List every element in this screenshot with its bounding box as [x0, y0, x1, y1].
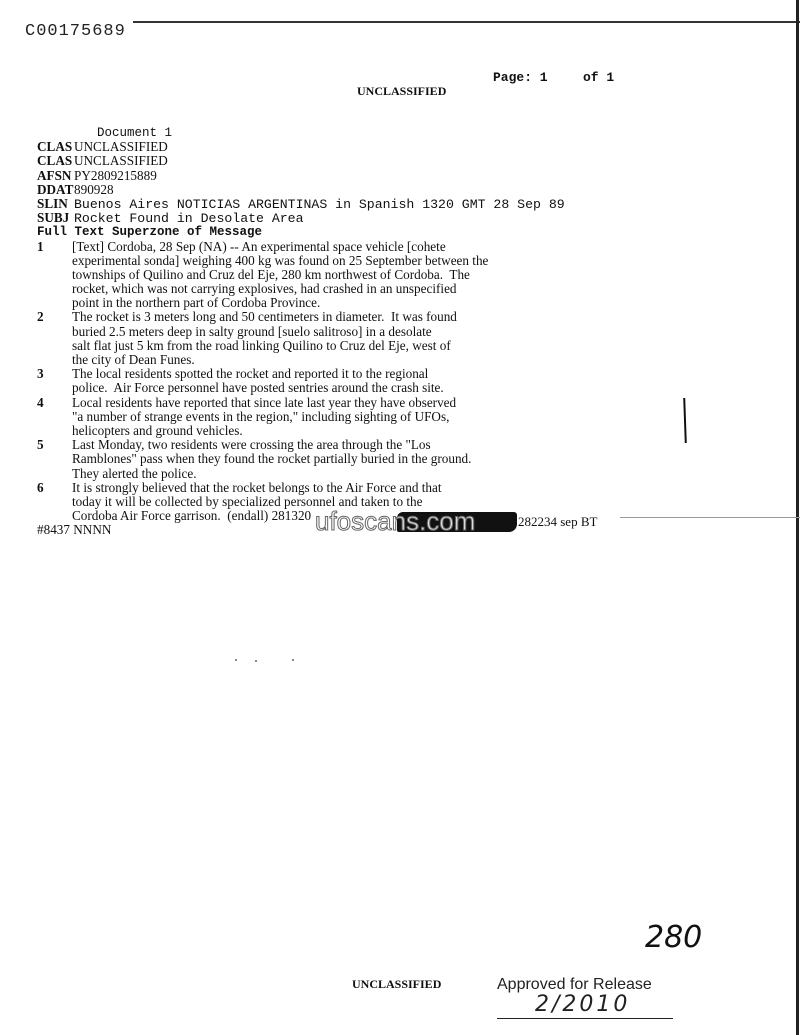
- field-row: DDAT890928: [37, 183, 565, 197]
- paragraph-line: It is strongly believed that the rocket …: [72, 481, 442, 495]
- paragraph-line: Last Monday, two residents were crossing…: [72, 438, 471, 452]
- paragraph-line: Ramblones" pass when they found the rock…: [72, 452, 471, 466]
- paragraph-line: police. Air Force personnel have posted …: [72, 381, 444, 395]
- paragraph-line: "a number of strange events in the regio…: [72, 410, 456, 424]
- field-row: CLASUNCLASSIFIED: [37, 140, 565, 154]
- field-value: UNCLASSIFIED: [74, 153, 168, 168]
- classification-header: UNCLASSIFIED: [357, 84, 446, 99]
- field-key: AFSN: [37, 169, 74, 183]
- paragraph-line: The rocket is 3 meters long and 50 centi…: [72, 310, 457, 324]
- paragraph-line: They alerted the police.: [72, 467, 471, 481]
- document-id: C00175689: [25, 22, 126, 41]
- field-row: SLINBuenos Aires NOTICIAS ARGENTINAS in …: [37, 197, 565, 211]
- paragraph-line: experimental sonda] weighing 400 kg was …: [72, 254, 488, 268]
- paragraph-2: 2 The rocket is 3 meters long and 50 cen…: [37, 310, 565, 367]
- paragraph-line: Local residents have reported that since…: [72, 396, 456, 410]
- field-key: SLIN: [37, 197, 74, 211]
- paragraph-number: 2: [37, 310, 72, 367]
- message-body: Document 1 CLASUNCLASSIFIED CLASUNCLASSI…: [37, 126, 565, 537]
- page-total: of 1: [583, 70, 614, 85]
- paragraph-line: the city of Dean Funes.: [72, 353, 457, 367]
- document-title: Document 1: [37, 126, 565, 140]
- field-value: PY2809215889: [74, 168, 157, 183]
- field-row: AFSNPY2809215889: [37, 169, 565, 183]
- paragraph-number: 5: [37, 438, 72, 481]
- margin-mark: [683, 398, 687, 443]
- paragraph-4: 4 Local residents have reported that sin…: [37, 396, 565, 439]
- paragraph-number: 1: [37, 240, 72, 311]
- faint-rule: [620, 517, 800, 518]
- field-value: UNCLASSIFIED: [74, 139, 168, 154]
- paragraph-line: salt flat just 5 km from the road linkin…: [72, 339, 457, 353]
- scan-speck: [235, 659, 237, 661]
- scan-speck: [292, 659, 294, 661]
- approved-date: 2/2010: [535, 992, 630, 1017]
- field-value: Rocket Found in Desolate Area: [74, 211, 304, 226]
- paragraph-line: point in the northern part of Cordoba Pr…: [72, 296, 488, 310]
- paragraph-line: [Text] Cordoba, 28 Sep (NA) -- An experi…: [72, 240, 488, 254]
- field-value: Buenos Aires NOTICIAS ARGENTINAS in Span…: [74, 197, 565, 212]
- paragraph-number: 3: [37, 367, 72, 395]
- field-key: SUBJ: [37, 211, 74, 225]
- field-row: SUBJRocket Found in Desolate Area: [37, 211, 565, 225]
- paragraph-3: 3 The local residents spotted the rocket…: [37, 367, 565, 395]
- paragraph-line: buried 2.5 meters deep in salty ground […: [72, 325, 457, 339]
- field-key: CLAS: [37, 154, 74, 168]
- paragraph-5: 5 Last Monday, two residents were crossi…: [37, 438, 565, 481]
- paragraph-line: rocket, which was not carrying explosive…: [72, 282, 488, 296]
- paragraph-1: 1 [Text] Cordoba, 28 Sep (NA) -- An expe…: [37, 240, 565, 311]
- end-tail-text: 282234 sep BT: [518, 514, 597, 530]
- page-number: Page: 1: [493, 70, 548, 85]
- full-text-label: Full Text Superzone of Message: [37, 225, 565, 239]
- paragraph-line: helicopters and ground vehicles.: [72, 424, 456, 438]
- paragraph-number: 4: [37, 396, 72, 439]
- field-row: CLASUNCLASSIFIED: [37, 154, 565, 168]
- field-key: CLAS: [37, 140, 74, 154]
- classification-footer: UNCLASSIFIED: [352, 977, 441, 992]
- paragraph-line: townships of Quilino and Cruz del Eje, 2…: [72, 268, 488, 282]
- paragraph-number: 6: [37, 481, 72, 524]
- watermark: ufoscans.com: [315, 506, 475, 537]
- top-rule: [133, 21, 800, 23]
- field-key: DDAT: [37, 183, 74, 197]
- paragraph-line: The local residents spotted the rocket a…: [72, 367, 444, 381]
- approved-signature-line: [497, 1018, 673, 1019]
- field-value: 890928: [74, 182, 114, 197]
- scan-speck: [255, 660, 257, 662]
- handwritten-page-number: 280: [645, 920, 702, 955]
